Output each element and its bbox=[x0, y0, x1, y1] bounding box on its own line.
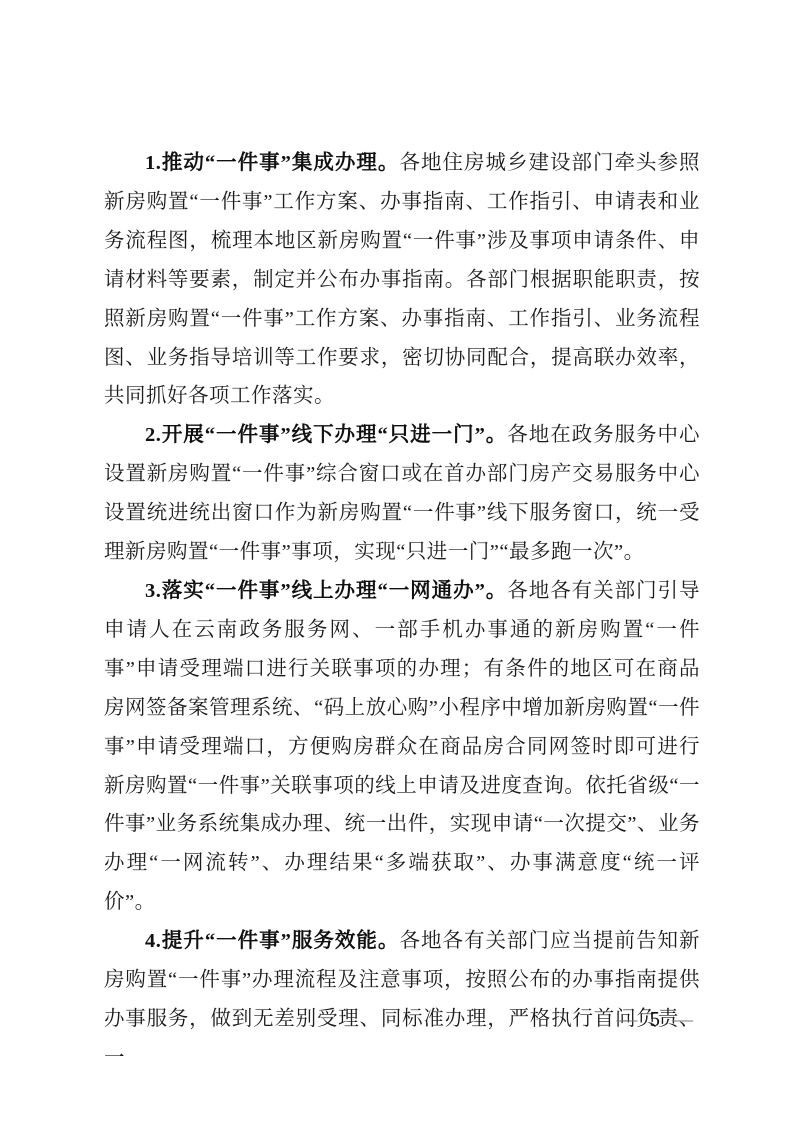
page-number-value: 5 bbox=[650, 1007, 661, 1031]
page-number-right-dash: — bbox=[672, 1007, 693, 1031]
paragraph-2-lead: 2.开展“一件事”线下办理“只进一门”。 bbox=[145, 424, 507, 446]
paragraph-1-lead: 1.推动“一件事”集成办理。 bbox=[145, 152, 399, 174]
paragraph-2: 2.开展“一件事”线下办理“只进一门”。各地在政务服务中心设置新房购置“一件事”… bbox=[104, 416, 700, 572]
paragraph-3-text: 各地各有关部门引导申请人在云南政务服务网、一部手机办事通的新房购置“一件事”申请… bbox=[104, 580, 700, 913]
paragraph-1: 1.推动“一件事”集成办理。各地住房城乡建设部门牵头参照新房购置“一件事”工作方… bbox=[104, 144, 700, 416]
document-page: 1.推动“一件事”集成办理。各地住房城乡建设部门牵头参照新房购置“一件事”工作方… bbox=[0, 0, 793, 1122]
paragraph-4: 4.提升“一件事”服务效能。各地各有关部门应当提前告知新房购置“一件事”办理流程… bbox=[104, 922, 700, 1078]
page-number-left-dash: — bbox=[617, 1007, 638, 1031]
paragraph-3-lead: 3.落实“一件事”线上办理“一网通办”。 bbox=[145, 580, 507, 602]
paragraph-3: 3.落实“一件事”线上办理“一网通办”。各地各有关部门引导申请人在云南政务服务网… bbox=[104, 572, 700, 922]
document-body: 1.推动“一件事”集成办理。各地住房城乡建设部门牵头参照新房购置“一件事”工作方… bbox=[104, 144, 700, 1078]
paragraph-1-text: 各地住房城乡建设部门牵头参照新房购置“一件事”工作方案、办事指南、工作指引、申请… bbox=[104, 152, 700, 407]
paragraph-4-lead: 4.提升“一件事”服务效能。 bbox=[145, 930, 399, 952]
page-number: —5— bbox=[617, 1004, 694, 1034]
